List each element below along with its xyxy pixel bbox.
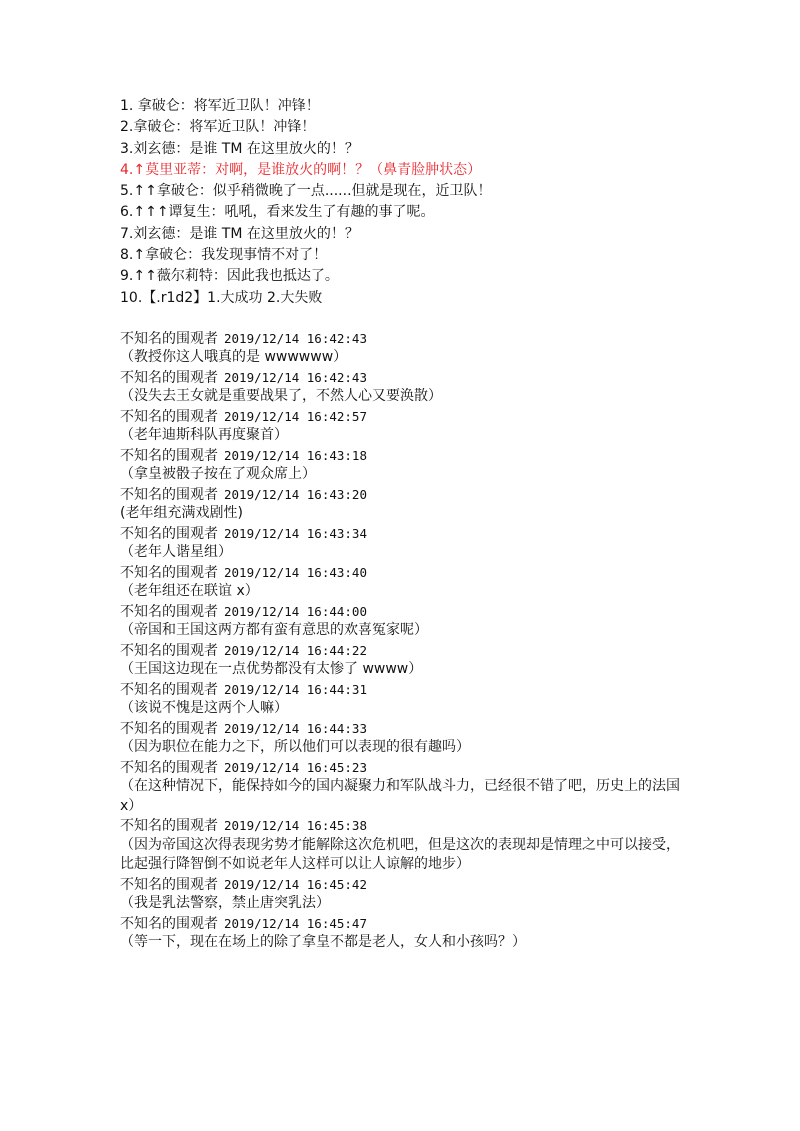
comment-meta: 不知名的围观者2019/12/14 16:44:33 [120,719,700,739]
comment-text: （我是乳法警察，禁止唐突乳法） [120,894,680,914]
comment-meta: 不知名的围观者2019/12/14 16:44:00 [120,602,700,622]
comment-meta: 不知名的围观者2019/12/14 16:42:43 [120,329,700,349]
comment-author: 不知名的围观者 [120,565,218,581]
comment-timestamp: 2019/12/14 16:44:33 [224,721,367,736]
comment-author: 不知名的围观者 [120,721,218,737]
comment-item: 不知名的围观者2019/12/14 16:43:20(老年组充满戏剧性) [120,485,700,524]
comment-text: (老年组充满戏剧性) [120,504,680,524]
comment-meta: 不知名的围观者2019/12/14 16:45:42 [120,875,700,895]
comment-meta: 不知名的围观者2019/12/14 16:42:57 [120,407,700,427]
comment-author: 不知名的围观者 [120,526,218,542]
comment-text: （拿皇被骰子按在了观众席上） [120,465,680,485]
comment-item: 不知名的围观者2019/12/14 16:45:42（我是乳法警察，禁止唐突乳法… [120,875,700,914]
comment-text: （等一下，现在在场上的除了拿皇不都是老人，女人和小孩吗？） [120,933,680,953]
script-line: 1. 拿破仑：将军近卫队！冲锋！ [120,96,700,117]
comment-timestamp: 2019/12/14 16:42:43 [224,331,367,346]
comment-meta: 不知名的围观者2019/12/14 16:42:43 [120,368,700,388]
comment-text: （教授你这人哦真的是 wwwwww） [120,348,680,368]
comment-item: 不知名的围观者2019/12/14 16:43:40（老年组还在联谊 x） [120,563,700,602]
comment-item: 不知名的围观者2019/12/14 16:42:43（没失去王女就是重要战果了，… [120,368,700,407]
comment-timestamp: 2019/12/14 16:43:34 [224,526,367,541]
script-line: 4.↑莫里亚蒂：对啊，是谁放火的啊！？（鼻青脸肿状态） [120,160,700,181]
comment-meta: 不知名的围观者2019/12/14 16:44:22 [120,641,700,661]
comment-author: 不知名的围观者 [120,643,218,659]
comment-text: （因为帝国这次得表现劣势才能解除这次危机吧，但是这次的表现却是情理之中可以接受，… [120,836,680,875]
comment-text: （因为职位在能力之下，所以他们可以表现的很有趣吗） [120,738,680,758]
comment-item: 不知名的围观者2019/12/14 16:42:43（教授你这人哦真的是 www… [120,329,700,368]
comment-timestamp: 2019/12/14 16:45:38 [224,818,367,833]
comment-timestamp: 2019/12/14 16:43:20 [224,487,367,502]
comment-timestamp: 2019/12/14 16:44:22 [224,643,367,658]
comment-meta: 不知名的围观者2019/12/14 16:44:31 [120,680,700,700]
comment-meta: 不知名的围观者2019/12/14 16:43:40 [120,563,700,583]
comment-meta: 不知名的围观者2019/12/14 16:45:23 [120,758,700,778]
comment-text: （老年组还在联谊 x） [120,582,680,602]
spacer [120,309,700,329]
comment-author: 不知名的围观者 [120,448,218,464]
comment-author: 不知名的围观者 [120,916,218,932]
comment-item: 不知名的围观者2019/12/14 16:45:47（等一下，现在在场上的除了拿… [120,914,700,953]
script-line: 3.刘玄德：是谁 TM 在这里放火的！？ [120,139,700,160]
comment-item: 不知名的围观者2019/12/14 16:45:38（因为帝国这次得表现劣势才能… [120,816,700,875]
comment-timestamp: 2019/12/14 16:45:42 [224,877,367,892]
comment-text: （在这种情况下，能保持如今的国内凝聚力和军队战斗力，已经很不错了吧，历史上的法国… [120,777,680,816]
script-line: 10.【.r1d2】1.大成功 2.大失败 [120,288,700,309]
comment-timestamp: 2019/12/14 16:43:40 [224,565,367,580]
script-line: 8.↑拿破仑：我发现事情不对了！ [120,245,700,266]
script-line: 9.↑↑薇尔莉特：因此我也抵达了。 [120,266,700,287]
comment-text: （老年人谐星组） [120,543,680,563]
comment-item: 不知名的围观者2019/12/14 16:42:57（老年迪斯科队再度聚首） [120,407,700,446]
comment-meta: 不知名的围观者2019/12/14 16:45:47 [120,914,700,934]
comment-meta: 不知名的围观者2019/12/14 16:43:20 [120,485,700,505]
script-line: 6.↑↑↑谭复生：吼吼，看来发生了有趣的事了呢。 [120,202,700,223]
comment-item: 不知名的围观者2019/12/14 16:45:23（在这种情况下，能保持如今的… [120,758,700,817]
comment-timestamp: 2019/12/14 16:43:18 [224,448,367,463]
comment-meta: 不知名的围观者2019/12/14 16:45:38 [120,816,700,836]
comment-text: （该说不愧是这两个人嘛） [120,699,680,719]
comment-author: 不知名的围观者 [120,331,218,347]
comment-text: （帝国和王国这两方都有蛮有意思的欢喜冤家呢） [120,621,680,641]
comment-item: 不知名的围观者2019/12/14 16:44:22（王国这边现在一点优势都没有… [120,641,700,680]
document-page: 1. 拿破仑：将军近卫队！冲锋！2.拿破仑：将军近卫队！冲锋！3.刘玄德：是谁 … [120,96,700,953]
comment-author: 不知名的围观者 [120,877,218,893]
comment-timestamp: 2019/12/14 16:44:31 [224,682,367,697]
comment-text: （王国这边现在一点优势都没有太惨了 wwww） [120,660,680,680]
comment-item: 不知名的围观者2019/12/14 16:43:18（拿皇被骰子按在了观众席上） [120,446,700,485]
comment-author: 不知名的围观者 [120,409,218,425]
comment-author: 不知名的围观者 [120,487,218,503]
comment-text: （没失去王女就是重要战果了，不然人心又要涣散） [120,387,680,407]
comment-text: （老年迪斯科队再度聚首） [120,426,680,446]
comment-author: 不知名的围观者 [120,604,218,620]
comment-author: 不知名的围观者 [120,370,218,386]
comment-timestamp: 2019/12/14 16:42:43 [224,370,367,385]
comment-timestamp: 2019/12/14 16:42:57 [224,409,367,424]
comment-author: 不知名的围观者 [120,760,218,776]
comment-item: 不知名的围观者2019/12/14 16:43:34（老年人谐星组） [120,524,700,563]
script-line: 2.拿破仑：将军近卫队！冲锋！ [120,117,700,138]
script-line: 7.刘玄德：是谁 TM 在这里放火的！？ [120,224,700,245]
comment-meta: 不知名的围观者2019/12/14 16:43:34 [120,524,700,544]
comment-author: 不知名的围观者 [120,682,218,698]
comment-timestamp: 2019/12/14 16:44:00 [224,604,367,619]
comment-list: 不知名的围观者2019/12/14 16:42:43（教授你这人哦真的是 www… [120,329,700,953]
script-line: 5.↑↑拿破仑：似乎稍微晚了一点......但就是现在，近卫队！ [120,181,700,202]
script-lines: 1. 拿破仑：将军近卫队！冲锋！2.拿破仑：将军近卫队！冲锋！3.刘玄德：是谁 … [120,96,700,309]
comment-author: 不知名的围观者 [120,818,218,834]
comment-timestamp: 2019/12/14 16:45:47 [224,916,367,931]
comment-item: 不知名的围观者2019/12/14 16:44:33（因为职位在能力之下，所以他… [120,719,700,758]
comment-item: 不知名的围观者2019/12/14 16:44:31（该说不愧是这两个人嘛） [120,680,700,719]
comment-timestamp: 2019/12/14 16:45:23 [224,760,367,775]
comment-item: 不知名的围观者2019/12/14 16:44:00（帝国和王国这两方都有蛮有意… [120,602,700,641]
comment-meta: 不知名的围观者2019/12/14 16:43:18 [120,446,700,466]
